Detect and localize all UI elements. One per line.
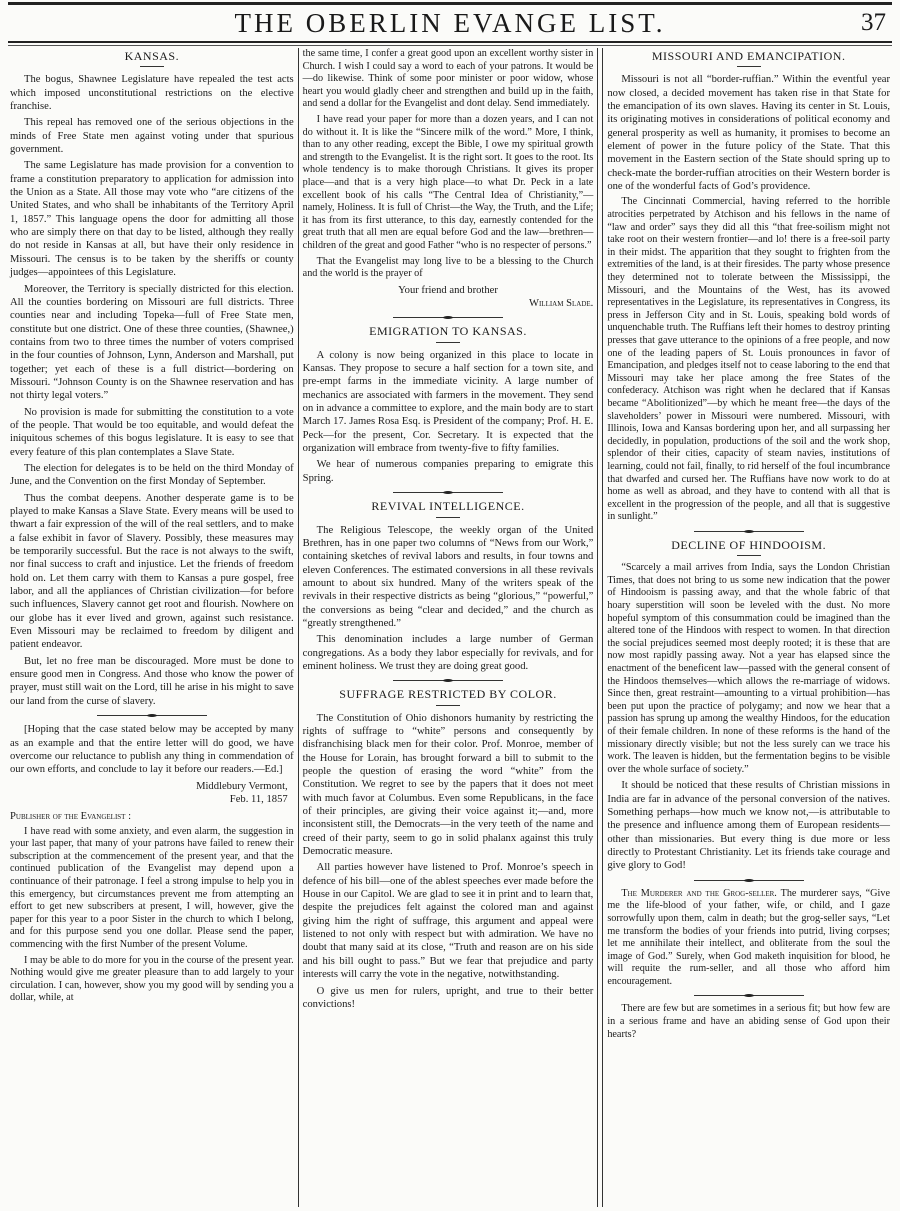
paragraph: This repeal has removed one of the serio… — [10, 116, 294, 156]
section-divider — [694, 880, 804, 881]
paragraph: the same time, I confer a great good upo… — [303, 48, 594, 111]
masthead-rule — [8, 41, 892, 46]
newspaper-title: THE OBERLIN EVANGE LIST. — [235, 8, 666, 38]
paragraph: We hear of numerous companies preparing … — [303, 458, 594, 485]
letter-closing: Your friend and brother — [303, 284, 594, 297]
heading-rule — [436, 342, 460, 343]
heading-rule — [436, 517, 460, 518]
paragraph: The Murderer and the Grog-seller. The mu… — [607, 888, 890, 989]
masthead: THE OBERLIN EVANGE LIST. 37 — [0, 8, 900, 38]
paragraph: A colony is now being organized in this … — [303, 349, 594, 456]
paragraph: That the Evangelist may long live to be … — [303, 256, 594, 281]
page-number: 37 — [861, 8, 886, 38]
paragraph: The same Legislature has made provision … — [10, 159, 294, 279]
heading-rule — [140, 66, 164, 67]
paragraph: O give us men for rulers, upright, and t… — [303, 985, 594, 1012]
article-suffrage: SUFFRAGE RESTRICTED BY COLOR. The Consti… — [303, 688, 594, 1011]
paragraph: The bogus, Shawnee Legislature have repe… — [10, 73, 294, 113]
article-serious-frame: There are few but are sometimes in a ser… — [607, 1003, 890, 1041]
section-divider — [393, 317, 503, 318]
heading-rule — [436, 705, 460, 706]
paragraph: Moreover, the Territory is specially dis… — [10, 283, 294, 403]
paragraph: It should be noticed that these results … — [607, 779, 890, 872]
article-heading: EMIGRATION TO KANSAS. — [303, 325, 594, 338]
paragraph: The Cincinnati Commercial, having referr… — [607, 196, 890, 523]
paragraph: I have read your paper for more than a d… — [303, 114, 594, 253]
column-3: MISSOURI AND EMANCIPATION. Missouri is n… — [602, 48, 894, 1207]
article-heading: DECLINE OF HINDOOISM. — [607, 539, 890, 552]
paragraph: But, let no free man be discouraged. Mor… — [10, 655, 294, 708]
paragraph: The Constitution of Ohio dishonors human… — [303, 712, 594, 859]
paragraph: Thus the combat deepens. Another despera… — [10, 492, 294, 652]
article-emigration: EMIGRATION TO KANSAS. A colony is now be… — [303, 325, 594, 485]
paragraph: All parties however have listened to Pro… — [303, 861, 594, 981]
article-grog-seller: The Murderer and the Grog-seller. The mu… — [607, 888, 890, 989]
article-heading: MISSOURI AND EMANCIPATION. — [607, 50, 890, 63]
article-revival: REVIVAL INTELLIGENCE. The Religious Tele… — [303, 500, 594, 673]
section-divider — [97, 715, 207, 716]
paragraph: This denomination includes a large numbe… — [303, 633, 594, 673]
article-letter: [Hoping that the case stated below may b… — [10, 723, 294, 1005]
letter-signature: William Slade. — [303, 297, 594, 310]
column-1: KANSAS. The bogus, Shawnee Legislature h… — [6, 48, 298, 1207]
top-rule — [8, 2, 892, 5]
page-columns: KANSAS. The bogus, Shawnee Legislature h… — [6, 48, 894, 1207]
article-letter-continued: the same time, I confer a great good upo… — [303, 48, 594, 310]
paragraph: I may be able to do more for you in the … — [10, 955, 294, 1005]
section-divider — [694, 531, 804, 532]
dateline-place: Middlebury Vermont, — [10, 780, 288, 793]
article-missouri: MISSOURI AND EMANCIPATION. Missouri is n… — [607, 50, 890, 524]
dateline: Middlebury Vermont, Feb. 11, 1857 — [10, 780, 288, 807]
article-heading: SUFFRAGE RESTRICTED BY COLOR. — [303, 688, 594, 701]
paragraph: The election for delegates is to be held… — [10, 462, 294, 489]
run-in-title: The Murderer and the Grog-seller. — [621, 888, 777, 899]
article-kansas: KANSAS. The bogus, Shawnee Legislature h… — [10, 50, 294, 708]
article-heading: REVIVAL INTELLIGENCE. — [303, 500, 594, 513]
section-divider — [393, 492, 503, 493]
paragraph: Missouri is not all “border-ruffian.” Wi… — [607, 73, 890, 193]
paragraph: There are few but are sometimes in a ser… — [607, 1003, 890, 1041]
heading-rule — [737, 555, 761, 556]
dateline-date: Feb. 11, 1857 — [10, 793, 288, 806]
paragraph-text: The murderer says, “Give me the life-blo… — [607, 888, 890, 987]
section-divider — [393, 680, 503, 681]
salutation: Publisher of the Evangelist : — [10, 810, 294, 823]
paragraph: The Religious Telescope, the weekly orga… — [303, 524, 594, 631]
paragraph: I have read with some anxiety, and even … — [10, 826, 294, 952]
article-heading: KANSAS. — [10, 50, 294, 63]
paragraph: No provision is made for submitting the … — [10, 406, 294, 459]
article-hindooism: DECLINE OF HINDOOISM. “Scarcely a mail a… — [607, 539, 890, 873]
column-2: the same time, I confer a great good upo… — [298, 48, 599, 1207]
editor-note: [Hoping that the case stated below may b… — [10, 723, 294, 776]
quoted-paragraph: “Scarcely a mail arrives from India, say… — [607, 562, 890, 776]
heading-rule — [737, 66, 761, 67]
section-divider — [694, 995, 804, 996]
